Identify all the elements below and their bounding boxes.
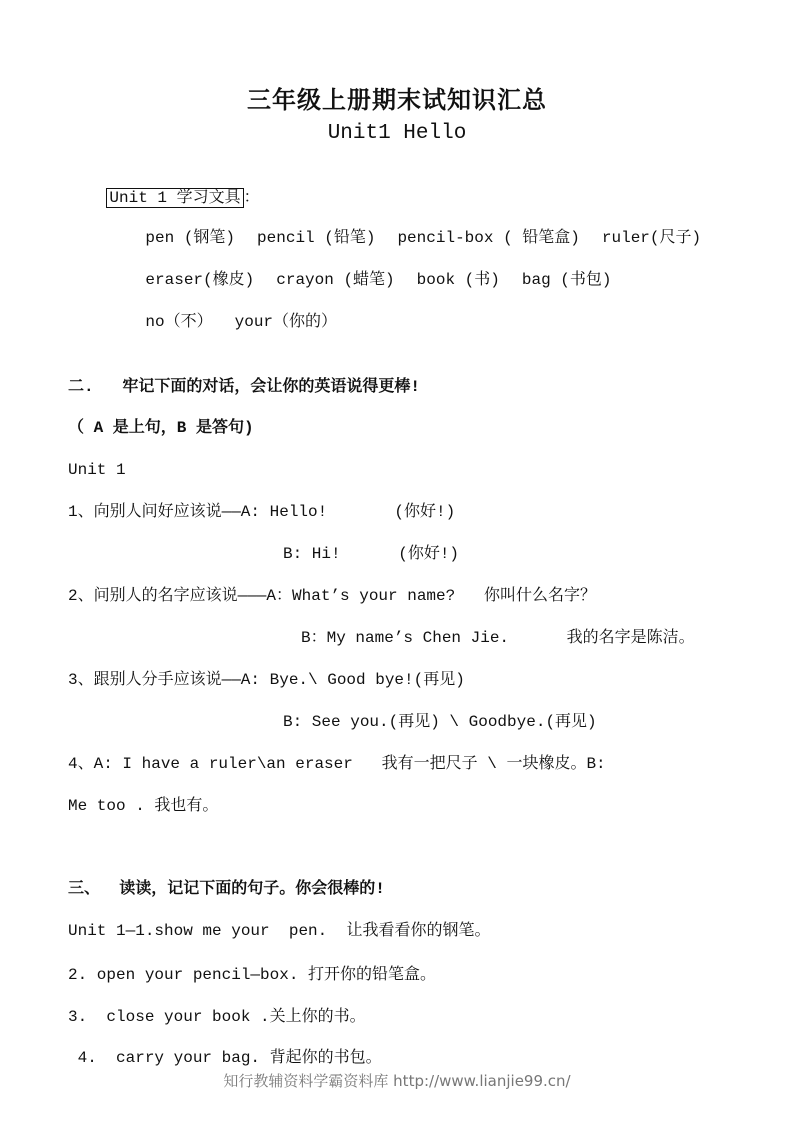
vocab-item: crayon (蜡笔) — [276, 271, 394, 289]
page-subtitle: Unit1 Hello — [0, 122, 794, 145]
sentence-3: 3. close your book .关上你的书。 — [68, 1007, 366, 1027]
vocab-item: your（你的） — [235, 313, 337, 331]
section2-note: （ A 是上句，B 是答句) — [68, 418, 254, 438]
section3-heading: 三、 读读，记记下面的句子。你会很棒的! — [68, 879, 385, 899]
section1-label: Unit 1 学习文具 — [106, 188, 243, 208]
section1-colon: ： — [244, 189, 260, 207]
dialog-2-a: 2、问别人的名字应该说———A：What’s your name? 你叫什么名字… — [68, 586, 596, 606]
vocab-item: book (书) — [417, 271, 500, 289]
dialog-4-a: 4、A: I have a ruler\an eraser 我有一把尺子 \ 一… — [68, 754, 606, 774]
dialog-1-b: B: Hi! (你好!) — [283, 544, 459, 564]
dialog-3-b: B: See you.(再见) \ Goodbye.(再见) — [283, 712, 597, 732]
vocab-row-3: no（不）your（你的） — [107, 292, 359, 352]
dialog-4-b: Me too . 我也有。 — [68, 796, 218, 816]
sentence-4: 4. carry your bag. 背起你的书包。 — [68, 1048, 382, 1068]
dialog-3-a: 3、跟别人分手应该说——A: Bye.\ Good bye!(再见) — [68, 670, 465, 690]
dialog-2-b: B：My name’s Chen Jie. 我的名字是陈洁。 — [301, 628, 695, 648]
watermark-footer: 知行教辅资料学霸资料库 http://www.lianjie99.cn/ — [0, 1070, 794, 1091]
page-title: 三年级上册期末试知识汇总 — [0, 80, 794, 115]
sentence-2: 2. open your pencil—box. 打开你的铅笔盒。 — [68, 965, 436, 985]
vocab-item: pencil-box ( 铅笔盒) — [397, 229, 579, 247]
vocab-item: pen (钢笔) — [145, 229, 235, 247]
vocab-item: bag (书包) — [522, 271, 612, 289]
dialog-1-a: 1、向别人问好应该说——A: Hello! (你好!) — [68, 502, 455, 522]
section2-unit: Unit 1 — [68, 460, 126, 480]
section2-heading: 二. 牢记下面的对话，会让你的英语说得更棒! — [68, 377, 420, 397]
sentence-1: Unit 1—1.show me your pen. 让我看看你的钢笔。 — [68, 921, 490, 941]
vocab-item: no（不） — [145, 313, 212, 331]
vocab-item: eraser(橡皮) — [145, 271, 254, 289]
vocab-item: ruler(尺子) — [602, 229, 701, 247]
vocab-item: pencil (铅笔) — [257, 229, 375, 247]
